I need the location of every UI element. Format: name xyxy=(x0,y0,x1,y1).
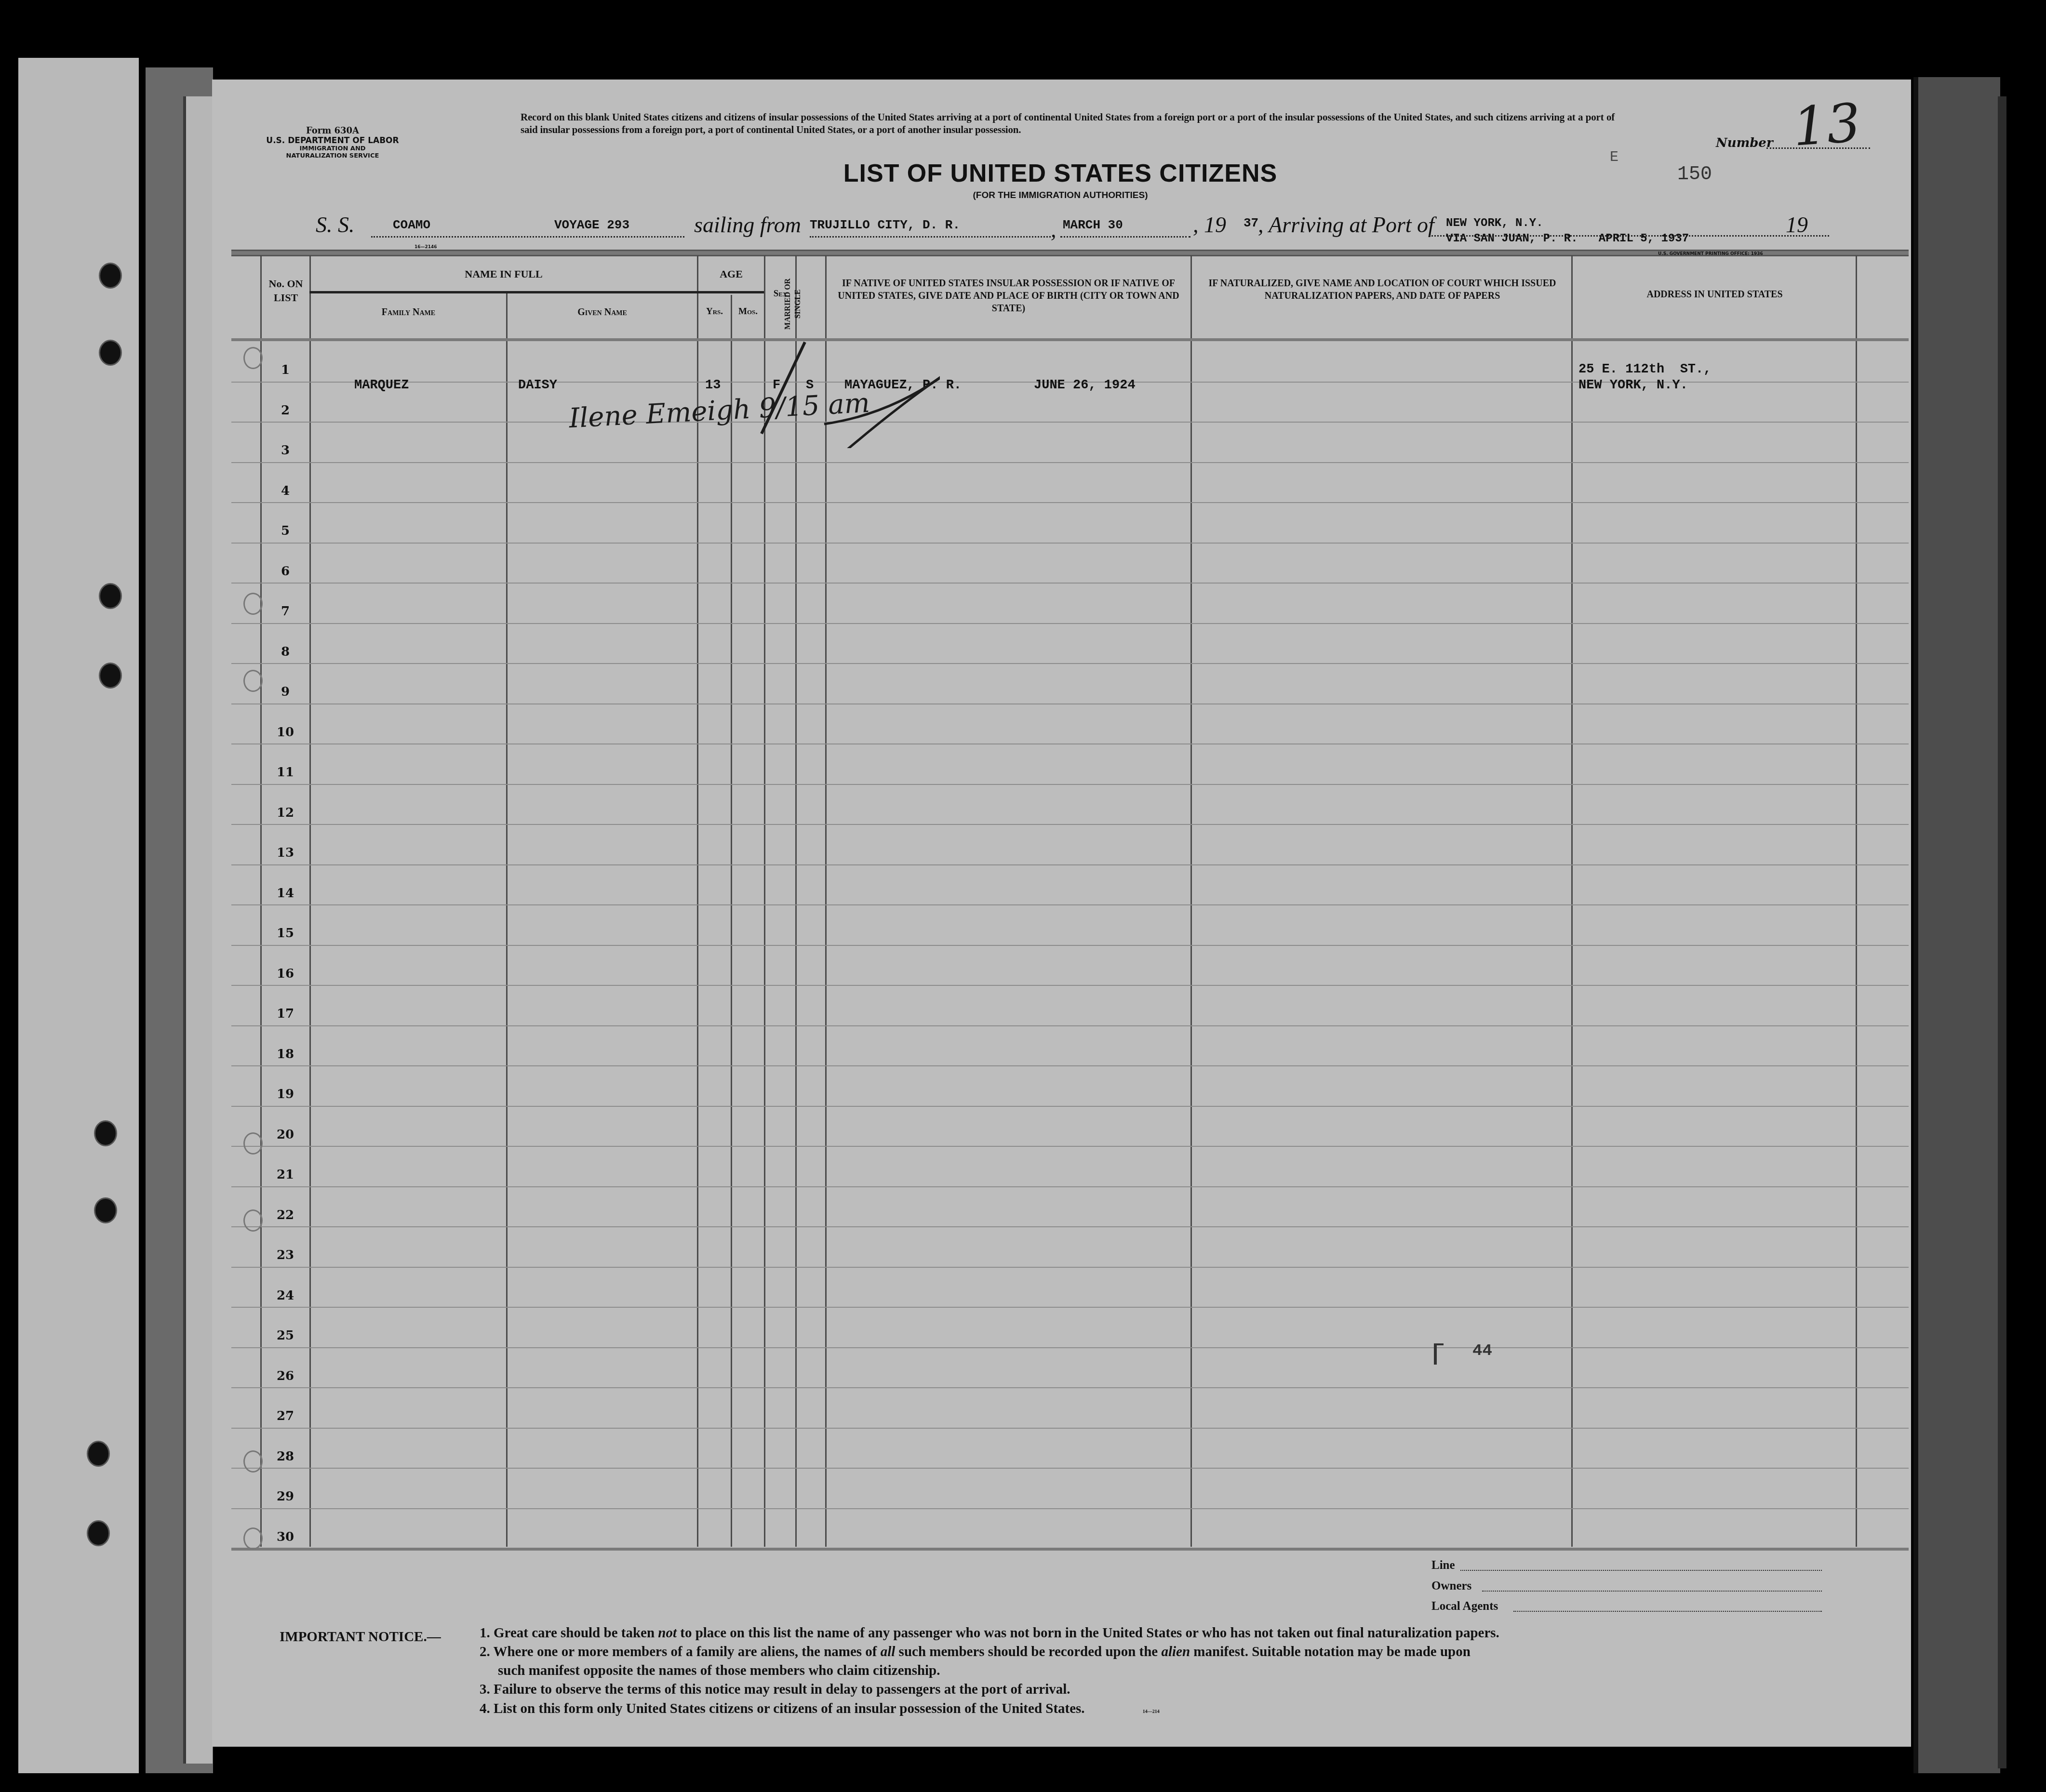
binder-ring-hole xyxy=(243,347,263,369)
stamp-bracket xyxy=(1434,1343,1444,1365)
manifest-page xyxy=(212,80,1911,1747)
line-field xyxy=(1460,1570,1822,1571)
row-number: 8 xyxy=(266,645,305,659)
departure-date: MARCH 30 xyxy=(1063,218,1123,232)
binder-hole xyxy=(94,1197,117,1223)
row-number: 16 xyxy=(266,967,305,981)
row-number: 24 xyxy=(266,1288,305,1303)
col-divider xyxy=(1571,255,1573,1547)
departure-port: TRUJILLO CITY, D. R. xyxy=(810,218,960,232)
arrival-year-prefix: 19 xyxy=(1786,212,1808,238)
row-number: 15 xyxy=(266,926,305,941)
binder-ring-hole xyxy=(243,1527,263,1550)
row-number: 18 xyxy=(266,1047,305,1062)
binder-ring-hole xyxy=(243,670,263,692)
row-number: 30 xyxy=(266,1530,305,1544)
binder-ring-hole xyxy=(243,1450,263,1473)
local-agents-field xyxy=(1513,1611,1822,1612)
row-number: 5 xyxy=(266,524,305,538)
arriving-label: , Arriving at Port of xyxy=(1258,212,1434,238)
agency-line-1: IMMIGRATION AND xyxy=(260,146,405,153)
header-birth-info: IF NATIVE OF UNITED STATES INSULAR POSSE… xyxy=(829,277,1188,315)
row-number: 28 xyxy=(266,1449,305,1464)
row-rule xyxy=(231,1106,1909,1107)
binder-hole xyxy=(99,340,122,366)
row-rule xyxy=(231,1387,1909,1388)
header-name-in-full: NAME IN FULL xyxy=(311,267,696,281)
page-title: LIST OF UNITED STATES CITIZENS xyxy=(627,159,1494,188)
row-number: 25 xyxy=(266,1328,305,1343)
row-number: 29 xyxy=(266,1489,305,1504)
backing-sheet-left xyxy=(18,58,139,1773)
row-number: 13 xyxy=(266,846,305,860)
header-age-yrs: Yrs. xyxy=(698,306,731,318)
binder-ring-hole xyxy=(243,1132,263,1155)
arrival-via: VIA SAN JUAN, P. R. APRIL 5, 1937 xyxy=(1446,232,1689,245)
row-number: 26 xyxy=(266,1369,305,1383)
row-rule xyxy=(231,583,1909,584)
number-label: Number xyxy=(1716,136,1773,150)
page-subtitle: (FOR THE IMMIGRATION AUTHORITIES) xyxy=(627,190,1494,201)
header-no-on-list: No. ON LIST xyxy=(264,277,308,305)
col-divider xyxy=(825,255,827,1547)
notice-item-2-continued: such manifest opposite the names of thos… xyxy=(480,1661,1839,1680)
notice-item-4: 4. List on this form only United States … xyxy=(480,1699,1839,1718)
header-family-name: Family Name xyxy=(311,306,506,319)
row-number: 1 xyxy=(266,363,305,377)
voyage-number: VOYAGE 293 xyxy=(554,218,629,232)
header-given-name: Given Name xyxy=(508,306,697,319)
row-rule xyxy=(231,864,1909,865)
notice-item-3: 3. Failure to observe the terms of this … xyxy=(480,1680,1839,1699)
row-number: 3 xyxy=(266,443,305,458)
binder-ring-hole xyxy=(243,593,263,615)
backing-sheet-edge xyxy=(183,96,213,1764)
row-rule xyxy=(231,422,1909,423)
row-number: 6 xyxy=(266,564,305,579)
department: U.S. DEPARTMENT OF LABOR xyxy=(260,136,405,146)
comma: , xyxy=(1051,217,1056,242)
arrival-port: NEW YORK, N.Y. xyxy=(1446,217,1543,230)
col-divider xyxy=(764,255,765,1547)
owners-field xyxy=(1482,1591,1822,1592)
notice-item-1: 1. Great care should be taken not to pla… xyxy=(480,1624,1839,1643)
cell-given-name: DAISY xyxy=(518,378,557,393)
row-rule xyxy=(231,1025,1909,1026)
notice-heading: IMPORTANT NOTICE.— xyxy=(280,1628,441,1646)
row-rule xyxy=(231,623,1909,624)
row-rule xyxy=(231,1267,1909,1268)
cell-address-line-2: NEW YORK, N.Y. xyxy=(1578,378,1688,393)
cell-birth-date: JUNE 26, 1924 xyxy=(1034,378,1136,393)
row-number: 19 xyxy=(266,1087,305,1102)
row-number: 23 xyxy=(266,1248,305,1262)
handwritten-page-number: 13 xyxy=(1791,92,1863,158)
notice-list: 1. Great care should be taken not to pla… xyxy=(480,1624,1839,1718)
row-rule xyxy=(231,743,1909,744)
row-rule xyxy=(231,1307,1909,1308)
header-naturalization-info: IF NATURALIZED, GIVE NAME AND LOCATION O… xyxy=(1194,277,1570,302)
row-rule xyxy=(231,663,1909,664)
row-number: 10 xyxy=(266,725,305,740)
backing-sheet-right xyxy=(1913,77,2000,1773)
gpo-note: U.S. GOVERNMENT PRINTING OFFICE: 1936 xyxy=(1658,252,1763,256)
header-bottom-rule xyxy=(231,338,1909,341)
row-number: 4 xyxy=(266,484,305,498)
ship-name: COAMO xyxy=(393,218,430,232)
table-margin-line xyxy=(260,255,262,1547)
header-age-mos: Mos. xyxy=(732,306,764,318)
row-rule xyxy=(231,1226,1909,1227)
row-number: 20 xyxy=(266,1128,305,1142)
notice-item-2: 2. Where one or more members of a family… xyxy=(480,1643,1839,1661)
backing-sheet-right-edge xyxy=(1998,96,2006,1768)
form-number: Form 630A xyxy=(260,126,405,136)
stamped-number: 150 xyxy=(1677,164,1712,186)
binder-hole xyxy=(87,1441,110,1467)
departure-field-line xyxy=(810,236,1051,238)
line-label: Line xyxy=(1431,1559,1455,1572)
row-rule xyxy=(231,462,1909,463)
col-divider xyxy=(795,255,797,1547)
col-divider xyxy=(309,255,311,1547)
name-group-rule xyxy=(309,291,764,293)
col-divider xyxy=(506,293,508,1547)
row-rule xyxy=(231,1186,1909,1187)
row-rule xyxy=(231,1508,1909,1509)
form-identification: Form 630A U.S. DEPARTMENT OF LABOR IMMIG… xyxy=(260,126,405,160)
row-number: 27 xyxy=(266,1409,305,1423)
row-rule xyxy=(231,1065,1909,1066)
stamped-number-44: 44 xyxy=(1472,1342,1492,1360)
date-field-line xyxy=(1060,236,1190,238)
row-rule xyxy=(231,1428,1909,1429)
header-rule xyxy=(231,250,1909,256)
table-bottom-rule xyxy=(231,1548,1909,1551)
binder-ring-hole xyxy=(243,1209,263,1232)
header-married-or-single: MARRIED OR SINGLE xyxy=(783,273,803,335)
row-rule xyxy=(231,502,1909,503)
year-suffix: 37 xyxy=(1244,216,1258,230)
row-number: 22 xyxy=(266,1208,305,1222)
row-number: 17 xyxy=(266,1007,305,1021)
stamp-mark: E xyxy=(1610,149,1618,166)
sailing-from-label: sailing from xyxy=(694,212,801,238)
col-divider xyxy=(1856,255,1857,1547)
local-agents-label: Local Agents xyxy=(1431,1600,1498,1613)
header-age: AGE xyxy=(698,267,764,281)
row-rule xyxy=(231,704,1909,704)
header-us-address: ADDRESS IN UNITED STATES xyxy=(1574,288,1856,301)
cell-address-line-1: 25 E. 112th ST., xyxy=(1578,362,1711,377)
ship-field-line xyxy=(371,236,684,238)
binder-hole xyxy=(99,263,122,289)
binder-hole xyxy=(99,583,122,609)
row-rule xyxy=(231,904,1909,905)
form-code: 14—214 xyxy=(1143,1709,1160,1714)
col-divider xyxy=(731,295,732,1547)
row-number: 12 xyxy=(266,806,305,820)
row-number: 11 xyxy=(266,765,305,780)
row-rule xyxy=(231,945,1909,946)
row-rule xyxy=(231,1468,1909,1469)
year-prefix-text: 19 xyxy=(1204,212,1226,237)
row-rule xyxy=(231,784,1909,785)
row-rule xyxy=(231,1146,1909,1147)
ss-label: S. S. xyxy=(316,212,355,238)
printer-code: 16—2146 xyxy=(415,245,437,250)
row-rule xyxy=(231,1347,1909,1348)
row-number: 2 xyxy=(266,403,305,418)
row-rule xyxy=(231,824,1909,825)
row-number: 9 xyxy=(266,685,305,699)
row-rule xyxy=(231,985,1909,986)
col-divider xyxy=(697,255,698,1547)
row-rule xyxy=(231,543,1909,544)
row-number: 21 xyxy=(266,1168,305,1182)
binder-hole xyxy=(87,1520,110,1546)
cell-family-name: MARQUEZ xyxy=(354,378,409,393)
binder-hole xyxy=(94,1120,117,1146)
row-number: 14 xyxy=(266,886,305,901)
owners-label: Owners xyxy=(1431,1580,1471,1593)
year-prefix: , 19 xyxy=(1193,212,1226,238)
form-instructions: Record on this blank United States citiz… xyxy=(521,111,1615,136)
agency-line-2: NATURALIZATION SERVICE xyxy=(260,153,405,160)
binder-hole xyxy=(99,663,122,689)
col-divider xyxy=(1190,255,1192,1547)
row-number: 7 xyxy=(266,604,305,619)
